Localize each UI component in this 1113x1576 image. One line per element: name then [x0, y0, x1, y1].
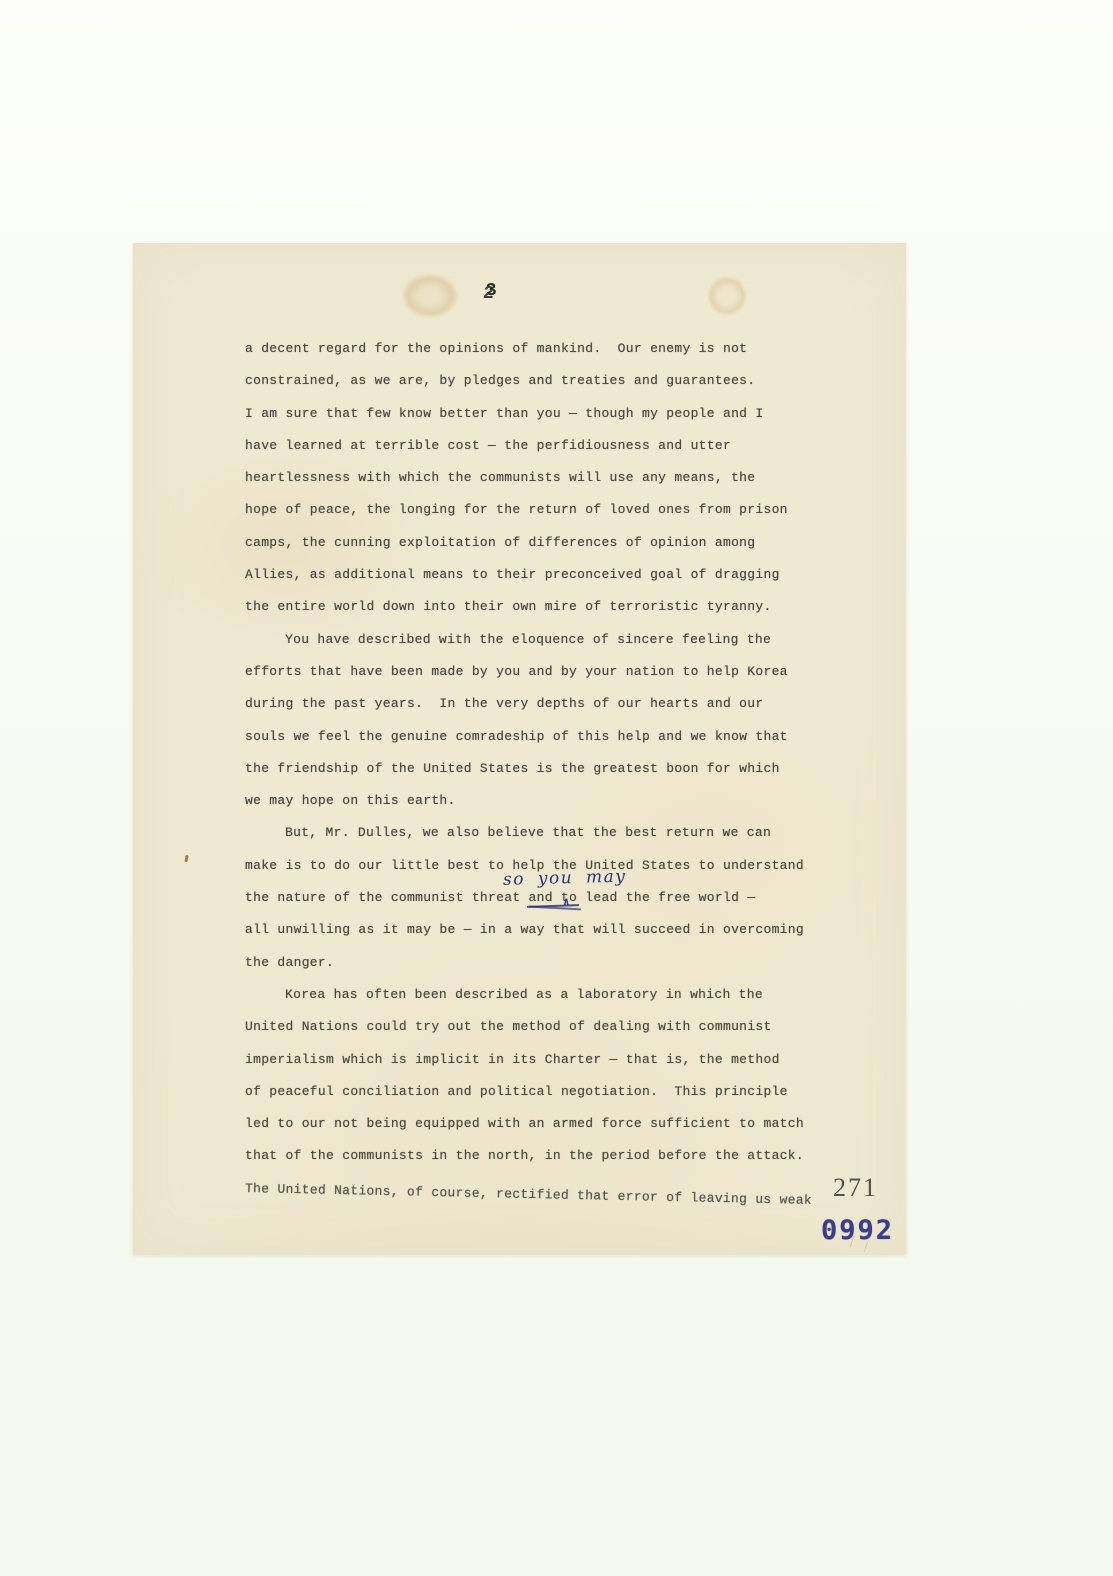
text-line: I am sure that few know better than you … [245, 398, 810, 430]
text-line: the friendship of the United States is t… [245, 753, 810, 785]
text-line: constrained, as we are, by pledges and t… [245, 365, 810, 397]
text-line: United Nations could try out the method … [245, 1011, 810, 1043]
text-line: Allies, as additional means to their pre… [245, 559, 810, 591]
text-line: have learned at terrible cost — the perf… [245, 430, 810, 462]
text-line: camps, the cunning exploitation of diffe… [245, 527, 810, 559]
insertion-caret-icon: ∧ [563, 895, 570, 909]
typewritten-body: a decent regard for the opinions of mank… [245, 333, 810, 1205]
handwritten-insertion: so you may [503, 866, 643, 890]
text-line: heartlessness with which the communists … [245, 462, 810, 494]
text-line: that of the communists in the north, in … [245, 1140, 810, 1172]
text-line: You have described with the eloquence of… [245, 624, 810, 656]
ink-speck [184, 855, 188, 862]
paper-stain-right [707, 276, 747, 316]
text-segment: the nature of the communist threat [245, 890, 529, 905]
scan-background: 2 3 a decent regard for the opinions of … [0, 0, 1113, 1576]
text-line: all unwilling as it may be — in a way th… [245, 914, 810, 946]
page-ref-number: 271 [833, 1173, 878, 1203]
text-line: we may hope on this earth. [245, 785, 810, 817]
paper-stain-left [401, 273, 459, 319]
text-line: Korea has often been described as a labo… [245, 979, 810, 1011]
text-segment: lead the free world — [577, 890, 755, 905]
text-line: a decent regard for the opinions of mank… [245, 333, 810, 365]
text-line: The United Nations, of course, rectified… [245, 1173, 811, 1217]
text-line: But, Mr. Dulles, we also believe that th… [245, 817, 810, 849]
text-line: during the past years. In the very depth… [245, 688, 810, 720]
text-line: souls we feel the genuine comradeship of… [245, 721, 810, 753]
text-line: efforts that have been made by you and b… [245, 656, 810, 688]
text-line: hope of peace, the longing for the retur… [245, 494, 810, 526]
document-page: 2 3 a decent regard for the opinions of … [133, 243, 906, 1255]
text-line: of peaceful conciliation and political n… [245, 1076, 810, 1108]
text-line: the entire world down into their own mir… [245, 591, 810, 623]
text-line: the danger. [245, 947, 810, 979]
text-line: led to our not being equipped with an ar… [245, 1108, 810, 1140]
page-number-overtyped: 2 3 [483, 281, 509, 307]
page-number-over: 3 [485, 281, 497, 302]
struck-out-text: and to [529, 890, 578, 905]
text-line: imperialism which is implicit in its Cha… [245, 1044, 810, 1076]
